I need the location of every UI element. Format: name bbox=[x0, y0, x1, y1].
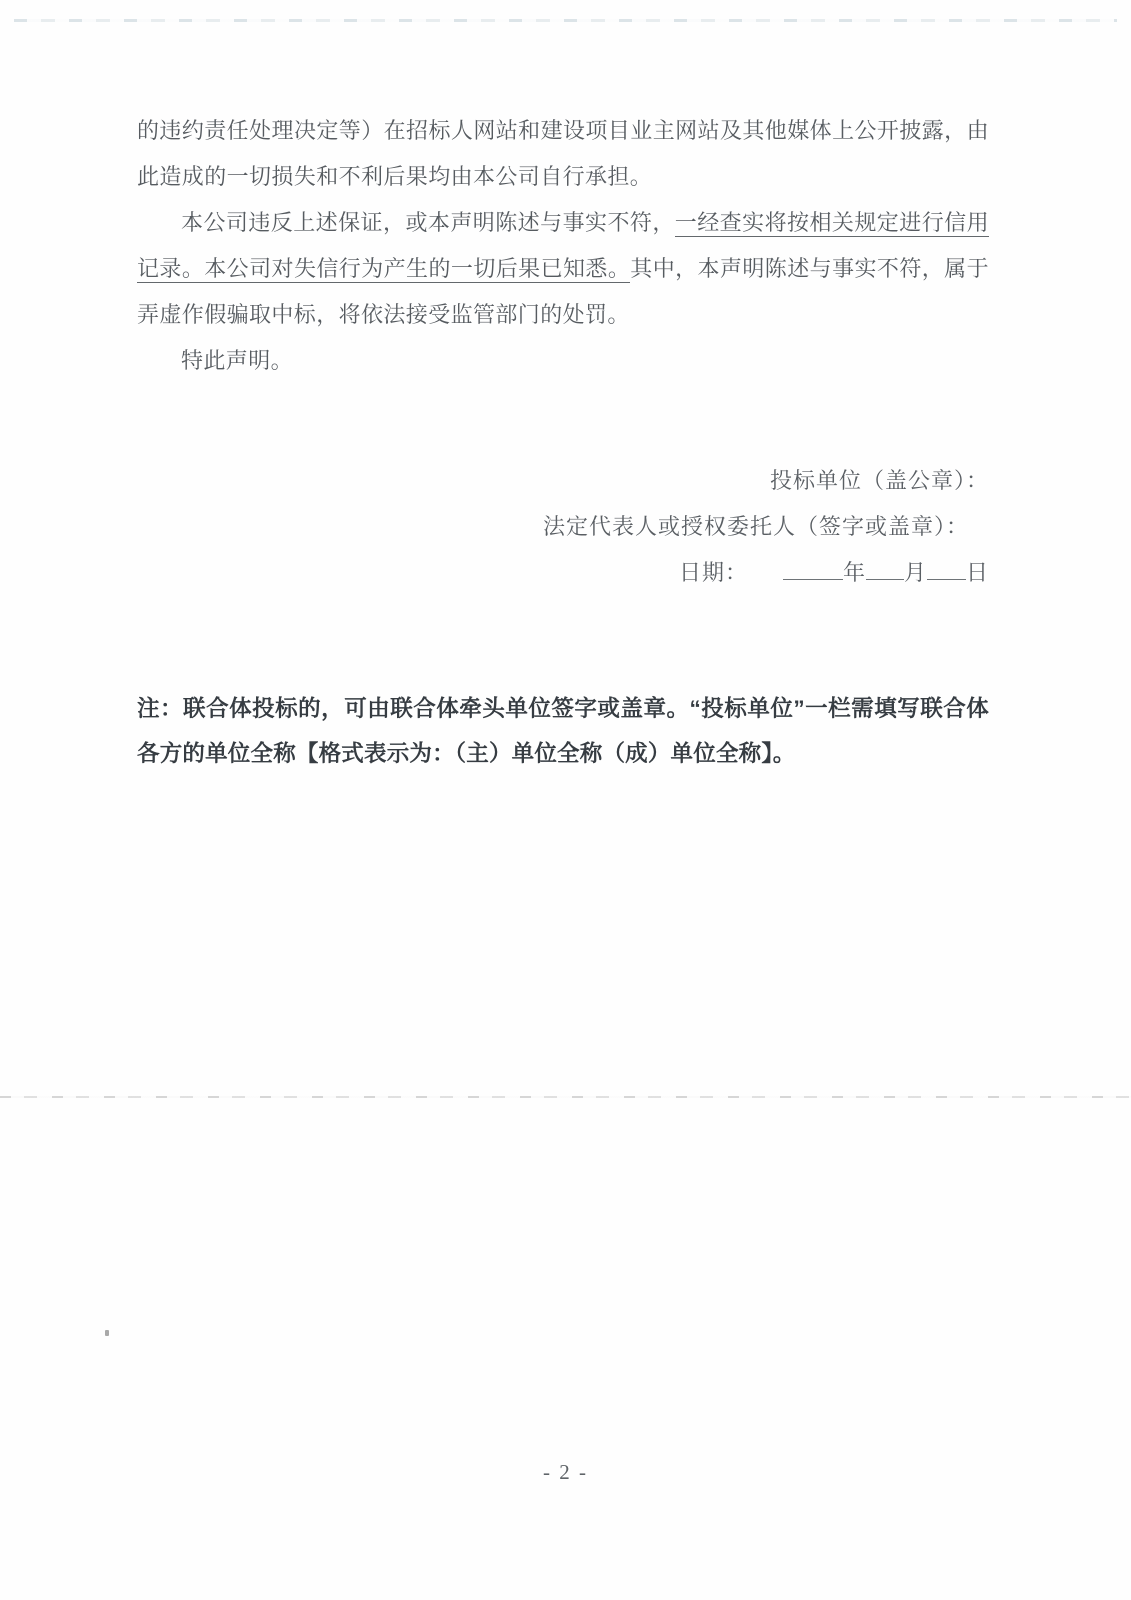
date-month-blank bbox=[866, 559, 904, 580]
note-block: 注：联合体投标的，可由联合体牵头单位签字或盖章。“投标单位”一栏需填写联合体 各… bbox=[137, 686, 989, 776]
declaration-body: 的违约责任处理决定等）在招标人网站和建设项目业主网站及其他媒体上公开披露，由 此… bbox=[137, 108, 989, 384]
document-content: 的违约责任处理决定等）在招标人网站和建设项目业主网站及其他媒体上公开披露，由 此… bbox=[137, 0, 989, 776]
page-number: - 2 - bbox=[0, 1460, 1131, 1485]
legal-representative-line: 法定代表人或授权委托人（签字或盖章）： bbox=[137, 504, 969, 550]
date-line: 日期：年月日 bbox=[137, 550, 989, 596]
scan-artifact-speck bbox=[105, 1330, 109, 1336]
body-line: 此造成的一切损失和不利后果均由本公司自行承担。 bbox=[137, 154, 989, 200]
date-month-label: 月 bbox=[904, 560, 927, 585]
scanned-document-page: 的违约责任处理决定等）在招标人网站和建设项目业主网站及其他媒体上公开披露，由 此… bbox=[0, 0, 1131, 1600]
closing-statement: 特此声明。 bbox=[137, 338, 989, 384]
note-line: 注：联合体投标的，可由联合体牵头单位签字或盖章。“投标单位”一栏需填写联合体 bbox=[137, 686, 989, 731]
signature-block: 投标单位（盖公章）： 法定代表人或授权委托人（签字或盖章）： 日期：年月日 bbox=[137, 458, 989, 596]
underlined-text-segment: 记录。本公司对失信行为产生的一切后果已知悉。 bbox=[137, 256, 630, 283]
underlined-text-segment: 一经查实将按相关规定进行信用 bbox=[675, 210, 989, 237]
date-year-blank bbox=[783, 559, 843, 580]
body-text-segment: 其中，本声明陈述与事实不符，属于 bbox=[630, 256, 989, 281]
scan-artifact-line-middle bbox=[0, 1096, 1131, 1098]
date-day-blank bbox=[927, 559, 966, 580]
body-line: 弄虚作假骗取中标，将依法接受监管部门的处罚。 bbox=[137, 292, 989, 338]
bidder-unit-seal-line: 投标单位（盖公章）： bbox=[137, 458, 989, 504]
body-text-segment: 本公司违反上述保证，或本声明陈述与事实不符， bbox=[181, 210, 675, 235]
body-line: 记录。本公司对失信行为产生的一切后果已知悉。其中，本声明陈述与事实不符，属于 bbox=[137, 246, 989, 292]
date-label: 日期： bbox=[679, 560, 748, 585]
body-line: 的违约责任处理决定等）在招标人网站和建设项目业主网站及其他媒体上公开披露，由 bbox=[137, 108, 989, 154]
date-year-label: 年 bbox=[843, 560, 866, 585]
note-line: 各方的单位全称【格式表示为：（主）单位全称（成）单位全称】。 bbox=[137, 731, 989, 776]
date-day-label: 日 bbox=[966, 560, 989, 585]
body-line: 本公司违反上述保证，或本声明陈述与事实不符，一经查实将按相关规定进行信用 bbox=[137, 200, 989, 246]
